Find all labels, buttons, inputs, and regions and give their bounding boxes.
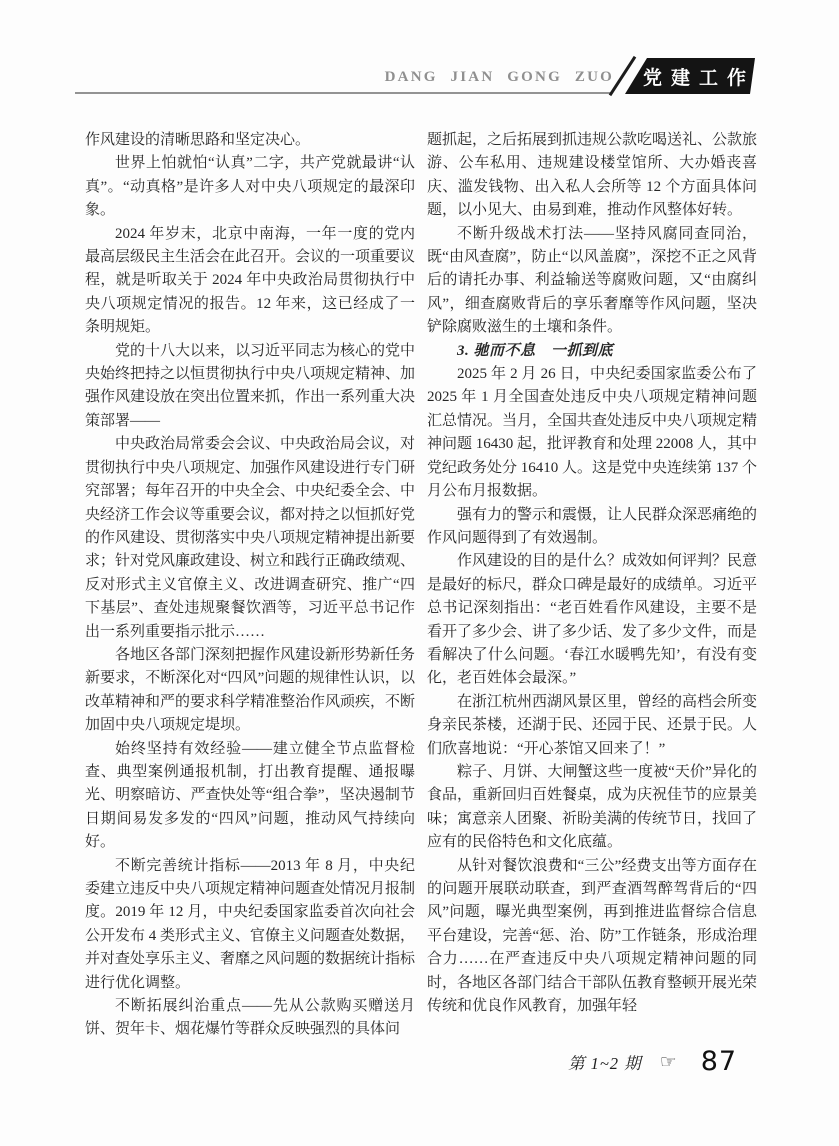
section-badge: 党建工作 bbox=[625, 58, 755, 94]
pointing-hand-icon: ☞ bbox=[660, 1051, 677, 1073]
paragraph: 党的十八大以来，以习近平同志为核心的党中央始终把持之以恒贯彻执行中央八项规定精神… bbox=[85, 340, 415, 434]
section-badge-label: 党建工作 bbox=[625, 63, 755, 90]
magazine-page: DANG JIAN GONG ZUO 党建工作 作风建设的清晰思路和坚定决心。世… bbox=[0, 0, 839, 1146]
paragraph: 不断升级战术打法——坚持风腐同查同治，既“由风查腐”，防止“以风盖腐”，深挖不正… bbox=[427, 223, 757, 340]
paragraph: 强有力的警示和震慑，让人民群众深恶痛绝的作风问题得到了有效遏制。 bbox=[427, 504, 757, 551]
journal-name-pinyin: DANG JIAN GONG ZUO bbox=[385, 69, 614, 86]
paragraph: 2025 年 2 月 26 日，中央纪委国家监委公布了 2025 年 1 月全国… bbox=[427, 363, 757, 503]
left-column: 作风建设的清晰思路和坚定决心。世界上怕就怕“认真”二字，共产党就最讲“认真”。“… bbox=[85, 129, 415, 1042]
paragraph: 2024 年岁末，北京中南海，一年一度的党内最高层级民主生活会在此召开。会议的一… bbox=[85, 223, 415, 340]
paragraph: 题抓起，之后拓展到抓违规公款吃喝送礼、公款旅游、公车私用、违规建设楼堂馆所、大办… bbox=[427, 129, 757, 223]
paragraph: 不断完善统计指标——2013 年 8 月，中央纪委建立违反中央八项规定精神问题查… bbox=[85, 855, 415, 995]
paragraph: 作风建设的目的是什么？成效如何评判？民意是最好的标尺，群众口碑是最好的成绩单。习… bbox=[427, 550, 757, 690]
paragraph: 从针对餐饮浪费和“三公”经费支出等方面存在的问题开展联动联查，到严查酒驾醉驾背后… bbox=[427, 855, 757, 1019]
paragraph: 在浙江杭州西湖风景区里，曾经的高档会所变身亲民茶楼，还湖于民、还园于民、还景于民… bbox=[427, 691, 757, 761]
paragraph: 中央政治局常委会会议、中央政治局会议，对贯彻执行中央八项规定、加强作风建设进行专… bbox=[85, 433, 415, 644]
paragraph: 粽子、月饼、大闸蟹这些一度被“天价”异化的食品，重新回归百姓餐桌，成为庆祝佳节的… bbox=[427, 761, 757, 855]
page-footer: 第 1~2 期 ☞ 87 bbox=[568, 1046, 737, 1077]
section-heading: 3. 驰而不息 一抓到底 bbox=[427, 340, 757, 363]
paragraph: 世界上怕就怕“认真”二字，共产党就最讲“认真”。“动真格”是许多人对中央八项规定… bbox=[85, 152, 415, 222]
paragraph: 不断拓展纠治重点——先从公款购买赠送月饼、贺年卡、烟花爆竹等群众反映强烈的具体问 bbox=[85, 995, 415, 1042]
paragraph: 各地区各部门深刻把握作风建设新形势新任务新要求，不断深化对“四风”问题的规律性认… bbox=[85, 644, 415, 738]
issue-label: 第 1~2 期 bbox=[568, 1050, 642, 1074]
header-rule bbox=[75, 92, 612, 94]
paragraph: 作风建设的清晰思路和坚定决心。 bbox=[85, 129, 415, 152]
paragraph: 始终坚持有效经验——建立健全节点监督检查、典型案例通报机制，打出教育提醒、通报曝… bbox=[85, 738, 415, 855]
right-column: 题抓起，之后拓展到抓违规公款吃喝送礼、公款旅游、公车私用、违规建设楼堂馆所、大办… bbox=[427, 129, 757, 1018]
page-number: 87 bbox=[701, 1046, 737, 1077]
